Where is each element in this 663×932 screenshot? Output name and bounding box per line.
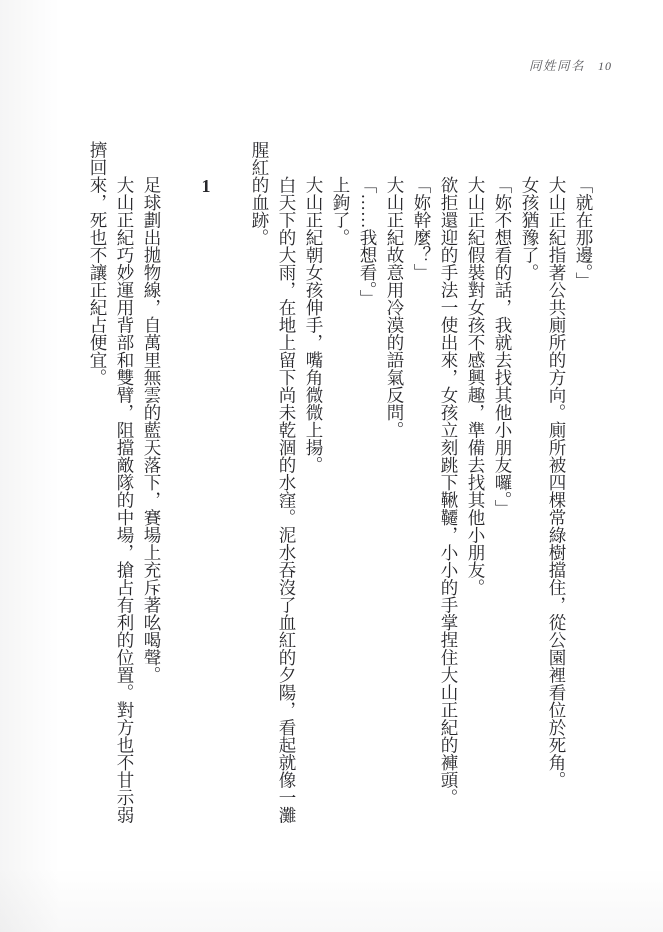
paragraph: 「就在那邊。」 <box>570 141 597 829</box>
paragraph: 女孩猶豫了。 <box>516 141 543 829</box>
paragraph: 大山正紀故意用冷漠的語氣反問。 <box>381 141 408 829</box>
paragraph: 上鉤了。 <box>327 141 354 829</box>
paragraph: 大山正紀巧妙運用背部和雙臂，阻擋敵隊的中場，搶占有利的位置。對方也不甘示弱擠回來… <box>84 141 138 829</box>
paragraph: 「妳幹麼？」 <box>408 141 435 829</box>
paragraph: 大山正紀朝女孩伸手，嘴角微微上揚。 <box>300 141 327 829</box>
page-number: 10 <box>598 59 612 74</box>
paragraph: 大山正紀假裝對女孩不感興趣，準備去找其他小朋友。 <box>462 141 489 829</box>
scene-2: 足球劃出拋物線，自萬里無雲的藍天落下，賽場上充斥著吆喝聲。大山正紀巧妙運用背部和… <box>84 141 165 829</box>
paragraph: 足球劃出拋物線，自萬里無雲的藍天落下，賽場上充斥著吆喝聲。 <box>138 141 165 829</box>
scene-1: 「就在那邊。」大山正紀指著公共廁所的方向。廁所被四棵常綠樹擋住，從公園裡看位於死… <box>246 141 597 829</box>
running-head: 同姓同名 10 <box>529 56 612 74</box>
section-break-line: 1 <box>192 141 219 829</box>
paragraph: 白天下的大雨，在地上留下尚未乾涸的水窪。泥水吞沒了血紅的夕陽，看起就像一灘腥紅的… <box>246 141 300 829</box>
paragraph: 大山正紀指著公共廁所的方向。廁所被四棵常綠樹擋住，從公園裡看位於死角。 <box>543 141 570 829</box>
paragraph: 欲拒還迎的手法一使出來，女孩立刻跳下鞦韆，小小的手掌捏住大山正紀的褲頭。 <box>435 141 462 829</box>
paragraph: 「……我想看。」 <box>354 141 381 829</box>
page-text-block: 「就在那邊。」大山正紀指著公共廁所的方向。廁所被四棵常綠樹擋住，從公園裡看位於死… <box>84 141 597 829</box>
running-head-book-title: 同姓同名 <box>529 56 585 74</box>
section-number: 1 <box>196 176 216 196</box>
paragraph: 「妳不想看的話，我就去找其他小朋友囉。」 <box>489 141 516 829</box>
book-page: 同姓同名 10 「就在那邊。」大山正紀指著公共廁所的方向。廁所被四棵常綠樹擋住，… <box>0 0 663 932</box>
